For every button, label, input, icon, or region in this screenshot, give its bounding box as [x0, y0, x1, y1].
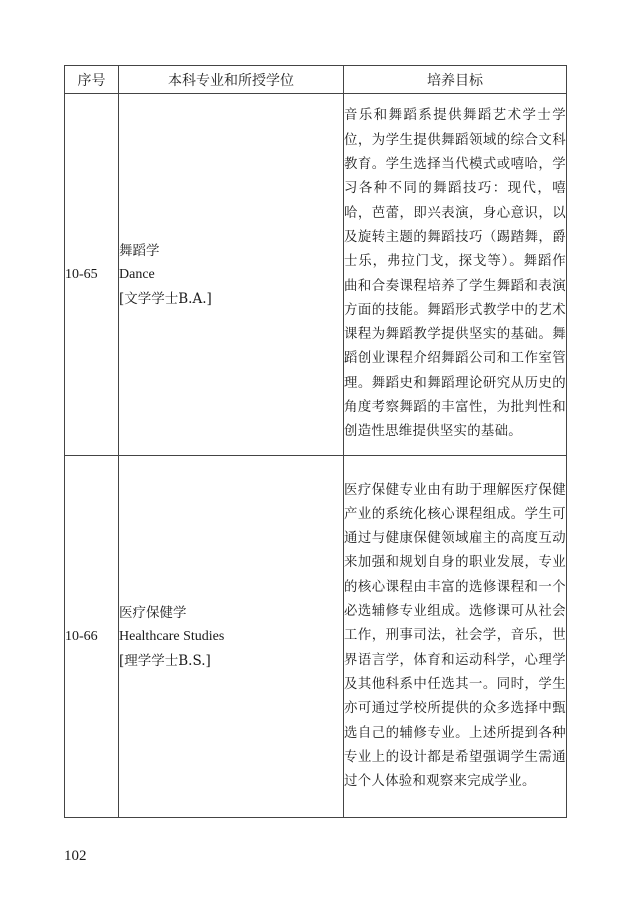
header-index: 序号	[65, 66, 119, 94]
major-name-cn: 医疗保健学	[119, 601, 343, 625]
goal-text: 医疗保健专业由有助于理解医疗保健产业的系统化核心课程组成。学生可通过与健康保健领…	[344, 456, 567, 818]
header-goal: 培养目标	[344, 66, 567, 94]
majors-table: 序号 本科专业和所授学位 培养目标 10-65 舞蹈学 Dance [文学学士B…	[64, 65, 567, 818]
goal-text: 音乐和舞蹈系提供舞蹈艺术学士学位，为学生提供舞蹈领域的综合文科教育。学生选择当代…	[344, 94, 567, 456]
major-name-cn: 舞蹈学	[119, 239, 343, 263]
major-cell: 舞蹈学 Dance [文学学士B.A.]	[119, 94, 344, 456]
page-number: 102	[64, 848, 87, 865]
table-row: 10-65 舞蹈学 Dance [文学学士B.A.] 音乐和舞蹈系提供舞蹈艺术学…	[65, 94, 567, 456]
major-cell: 医疗保健学 Healthcare Studies [理学学士B.S.]	[119, 456, 344, 818]
major-name-en: Dance	[119, 263, 343, 287]
table-header-row: 序号 本科专业和所授学位 培养目标	[65, 66, 567, 94]
degree: [文学学士B.A.]	[119, 287, 343, 311]
table-row: 10-66 医疗保健学 Healthcare Studies [理学学士B.S.…	[65, 456, 567, 818]
degree: [理学学士B.S.]	[119, 649, 343, 673]
header-major-degree: 本科专业和所授学位	[119, 66, 344, 94]
row-index: 10-65	[65, 94, 119, 456]
major-name-en: Healthcare Studies	[119, 625, 343, 649]
row-index: 10-66	[65, 456, 119, 818]
